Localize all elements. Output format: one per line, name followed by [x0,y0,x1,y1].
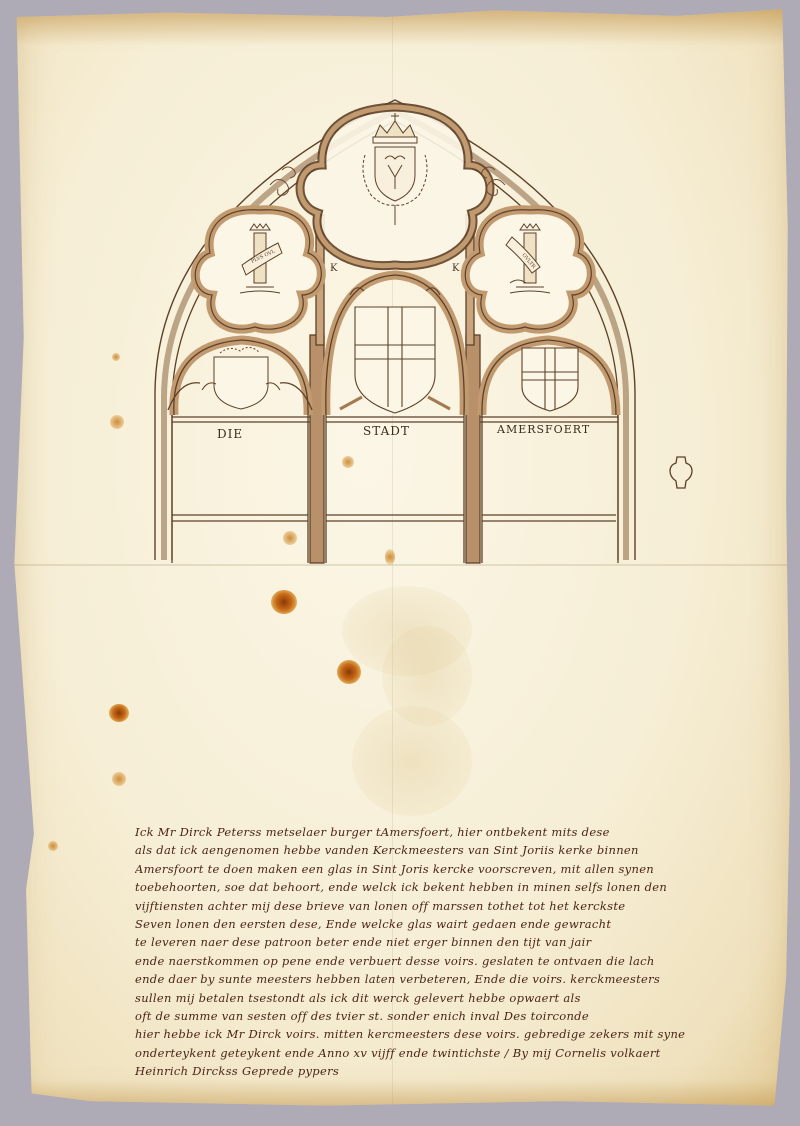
contract-line: Seven lonen den eersten dese, Ende welck… [135,915,795,933]
blank-crested-shield-icon [202,347,280,409]
contract-line: ende daer by sunte meesters hebben laten… [135,970,795,988]
contract-line: als dat ick aengenomen hebbe vanden Kerc… [135,841,795,859]
bottom-edge-stain [12,1080,794,1110]
contract-line: vijftiensten achter mij dese brieve van … [135,897,795,915]
contract-line: oft de summe van sesten off des tvier st… [135,1007,795,1025]
contract-line: onderteykent geteykent ende Anno xv vijf… [135,1044,795,1062]
contract-line: Ick Mr Dirck Peterss metselaer burger tA… [135,823,795,841]
handwritten-contract: Ick Mr Dirck Peterss metselaer burger tA… [135,823,795,1081]
cross-shield-icon-center [340,288,450,413]
contract-line: ende naerstkommen op pene ende verbuert … [135,952,795,970]
contract-line: te leveren naer dese patroon beter ende … [135,933,795,951]
rust-spot [112,772,126,786]
rust-spot [48,841,58,851]
rust-spot [112,353,120,361]
window-label-right: AMERSFOERT [497,423,590,436]
rust-spot [271,590,297,614]
tracery-letter-left: K [330,263,338,274]
contract-line: Heinrich Dirckss Geprede pypers [135,1062,795,1080]
contract-line: sullen mij betalen tsestondt als ick dit… [135,989,795,1007]
rust-spot [337,660,361,684]
rust-spot [110,415,124,429]
contract-line: toebehoorten, soe dat behoort, ende welc… [135,878,795,896]
quatrefoil-cartouche-icon [668,455,694,491]
contract-line: Amersfoort te doen maken een glas in Sin… [135,860,795,878]
window-label-center: STADT [363,424,410,438]
water-stain [352,706,472,816]
contract-line: hier hebbe ick Mr Dirck voirs. mitten ke… [135,1025,795,1043]
top-edge-stain [12,6,794,46]
rust-spot [109,704,129,722]
window-label-left: DIE [217,427,243,441]
cross-shield-icon-right [522,348,578,411]
stained-glass-window-drawing: PLVS OVL OVLTR K K [150,95,640,565]
tracery-letter-right: K [452,263,460,274]
